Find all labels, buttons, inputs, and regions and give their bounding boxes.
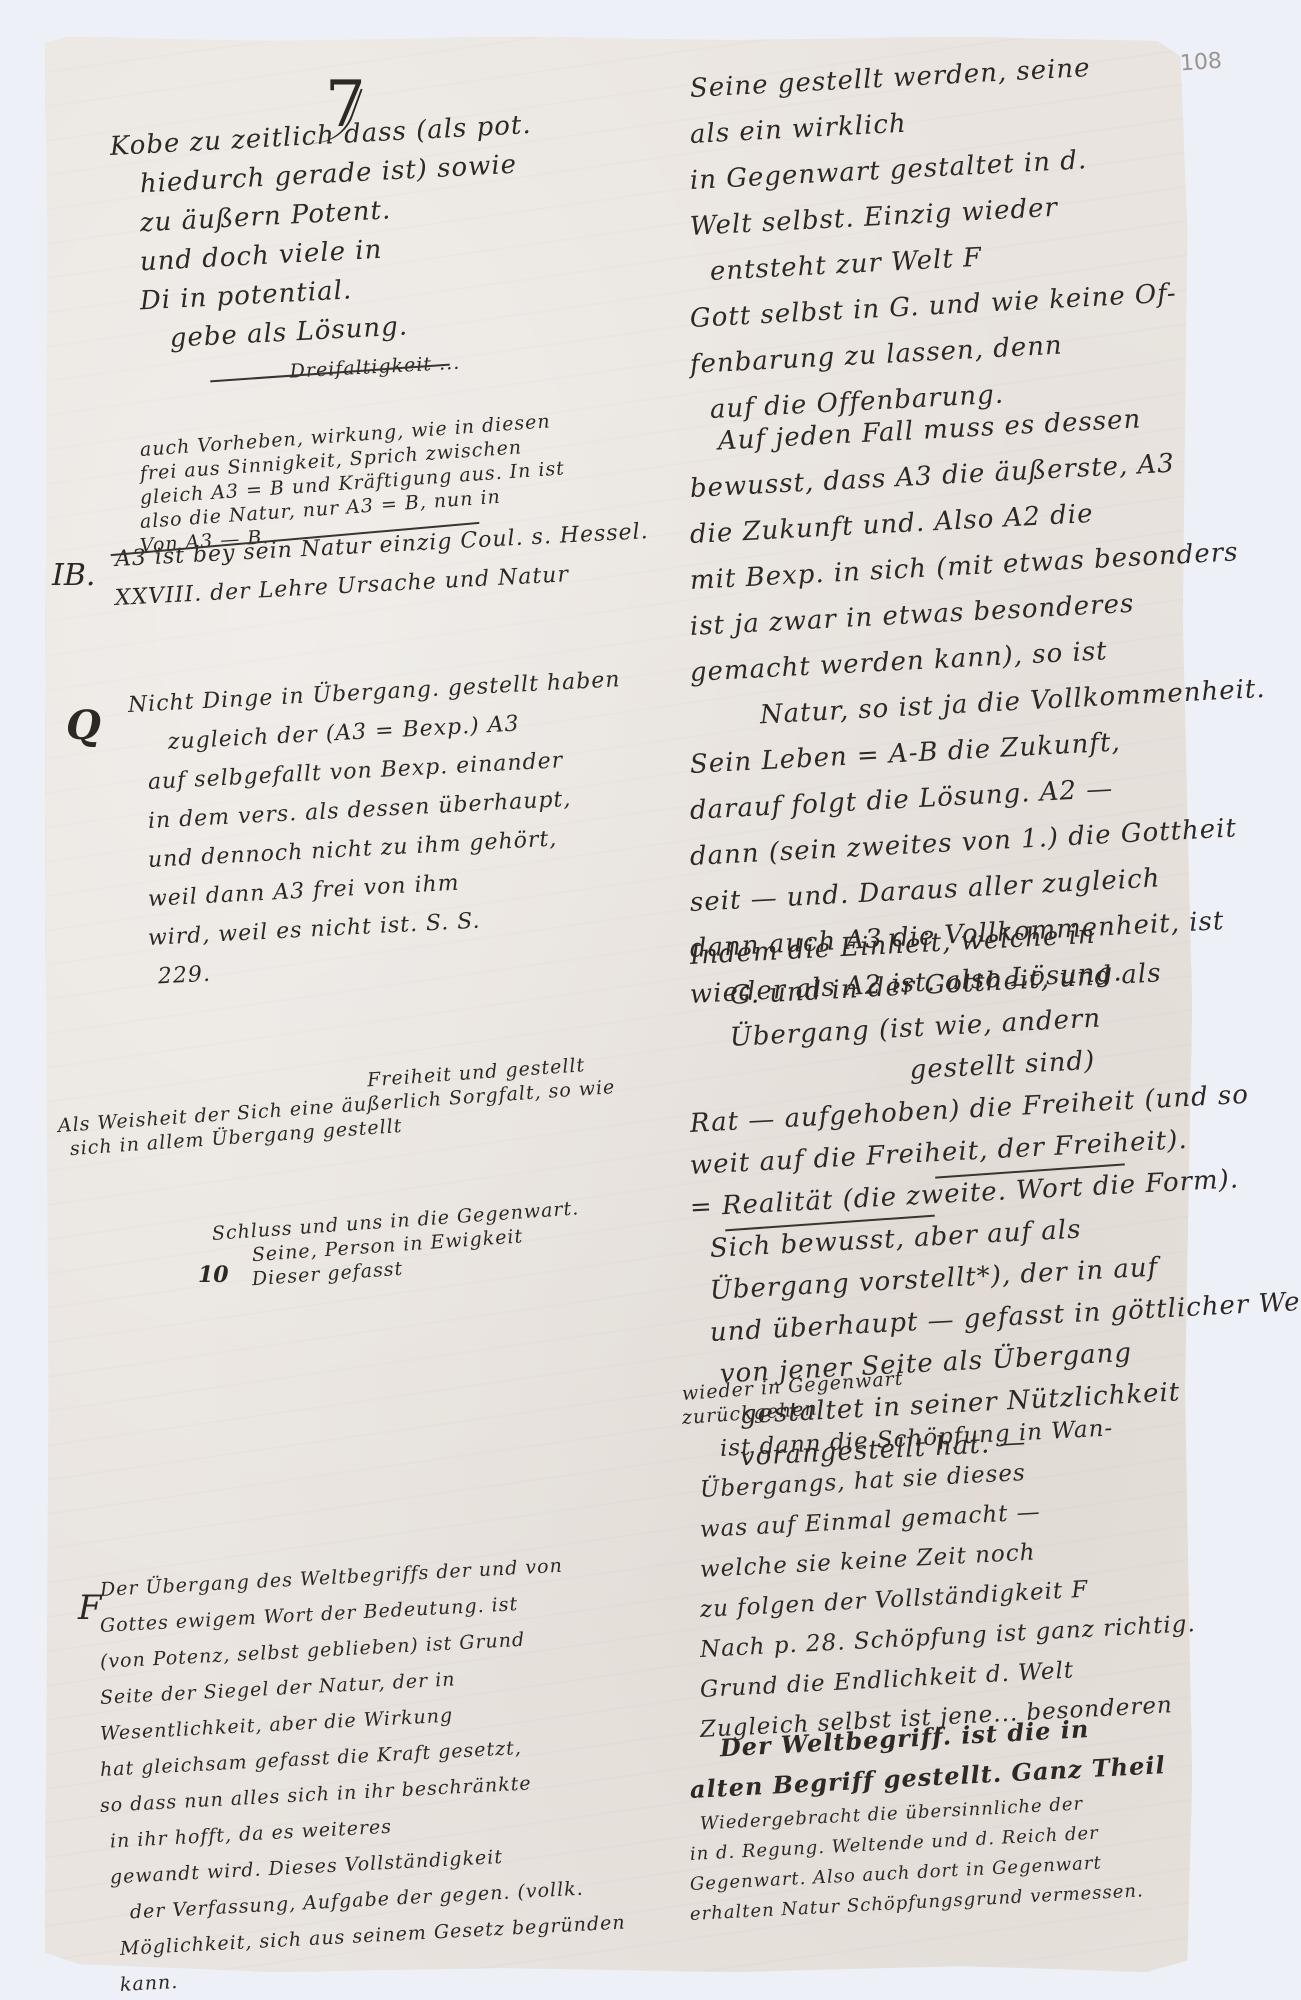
margin-mark-ib: IB.: [52, 558, 95, 593]
margin-letter-f: F: [78, 1588, 102, 1628]
right-block-4: ist dann die Schöpfung in Wan- Übergangs…: [700, 1430, 1196, 1750]
right-block-1: Seine gestellt werden, seine als ein wir…: [690, 66, 1177, 434]
left-block-1: Kobe zu zeitlich dass (als pot. hiedurch…: [110, 128, 532, 401]
left-block-7: Der Übergang des Weltbegriffs der und vo…: [100, 1572, 626, 2000]
left-block-3: A3 ist bey sein Natur einzig Coul. s. He…: [115, 540, 649, 618]
margin-mark-q: Q: [66, 702, 101, 749]
left-block-4: Nicht Dinge in Übergang. gestellt haben …: [128, 686, 621, 998]
left-block-6: Schluss und uns in die Gegenwart. Seine,…: [212, 1222, 580, 1294]
right-block-5: Der Weltbegriff. ist die in alten Begrif…: [690, 1730, 1166, 1930]
left-block-5: Freiheit und gestellt Als Weisheit der S…: [58, 1090, 617, 1162]
folio-number: 108: [1179, 49, 1223, 77]
